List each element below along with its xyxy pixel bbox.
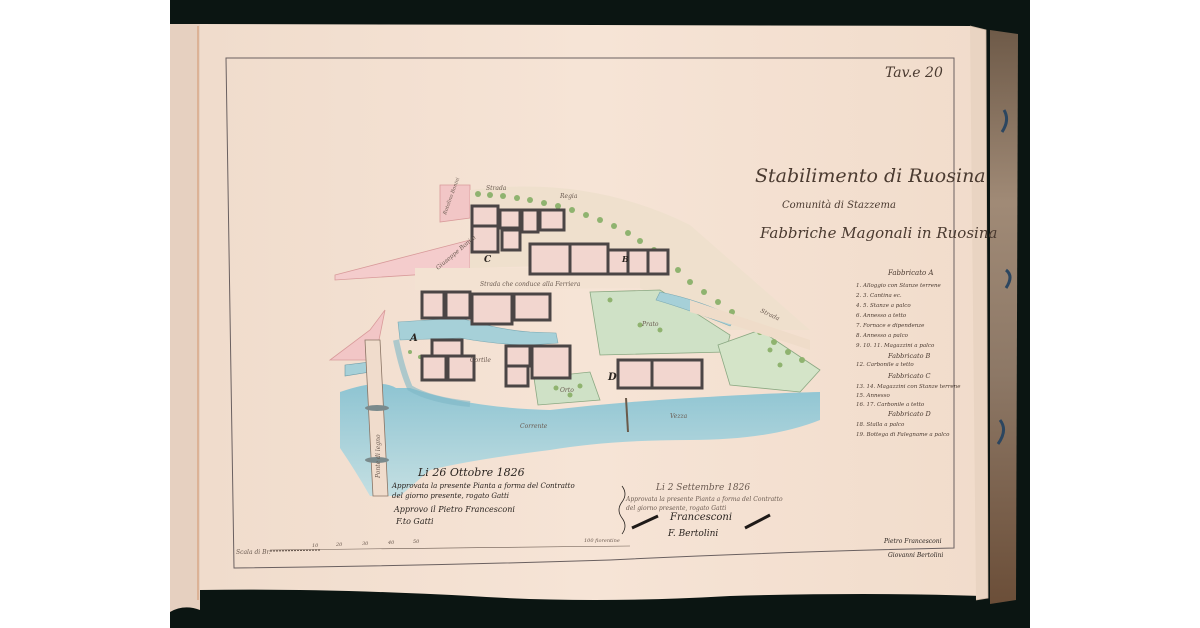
legend-item: 7. Fornace e dipendenze (856, 323, 925, 329)
left-page (170, 24, 200, 612)
legend-item: 8. Annesso a palco (856, 333, 909, 339)
right-page (200, 24, 982, 600)
note-line: Approvata la presente Pianta a forma del… (625, 496, 783, 503)
building-b-block (530, 244, 668, 274)
legend-item: 16. 17. Carbonile a tetto (856, 402, 925, 408)
letter-a: A (409, 333, 418, 344)
scale-tick: 50 (413, 539, 420, 545)
legend-item: 6. Annesso a tetto (856, 313, 907, 319)
legend-item: 19. Bottega di Falegname a palco (856, 432, 950, 438)
scale-tick: 10 (312, 543, 319, 549)
scale-tick: 40 (387, 540, 395, 546)
legend-section-c: Fabbricato C (887, 372, 931, 380)
signature: F.to Gatti (395, 517, 434, 526)
label-strada: Strada (486, 185, 507, 192)
legend-item: 15. Annesso (856, 393, 890, 399)
book-photograph: Tav.e 20 Stabilimento di Ruosina Comunit… (170, 0, 1030, 628)
label-vezza: Vezza (670, 413, 688, 420)
book-cover-edge (990, 30, 1018, 604)
signature: Francesconi (669, 512, 732, 523)
signature: Pietro Francesconi (883, 538, 942, 545)
legend-item: 2. 3. Cantina ec. (855, 293, 902, 299)
scale-end-label: 100 fiorentine (584, 538, 620, 544)
label-cortile: Cortile (470, 357, 491, 364)
plate-number: Tav.e 20 (885, 65, 943, 81)
label-street: Strada che conduce alla Ferriera (480, 281, 581, 288)
note-line: Approvata la presente Pianta a forma del… (391, 482, 575, 490)
label-corrente: Corrente (520, 423, 548, 430)
legend-item: 4. 5. Stanze a palco (855, 303, 911, 309)
note-line: del giorno presente, rogato Gatti (392, 492, 509, 500)
map-plate: Tav.e 20 Stabilimento di Ruosina Comunit… (170, 0, 1030, 628)
label-orto: Orto (560, 387, 574, 394)
note-date: Li 2 Settembre 1826 (655, 483, 750, 493)
note-line: del giorno presente, rogato Gatti (626, 505, 726, 512)
scale-tick: 20 (335, 542, 343, 548)
legend-item: 18. Stalla a palco (856, 422, 905, 428)
plate-subtitle: Comunità di Stazzema (782, 200, 896, 211)
note-date: Li 26 Ottobre 1826 (417, 466, 525, 479)
legend-item: 9. 10. 11. Magazzini a palco (856, 343, 935, 349)
letter-d: D (607, 372, 617, 383)
scale-label: Scala di Br. (236, 549, 271, 556)
label-regia: Regia (559, 193, 578, 200)
signature: Giovanni Bertolini (888, 552, 943, 559)
legend-section-d: Fabbricato D (887, 410, 932, 418)
label-bridge: Ponte di legno (375, 434, 382, 479)
legend-section-a: Fabbricato A (887, 269, 934, 277)
plate-title: Stabilimento di Ruosina (755, 165, 986, 187)
label-prato: Prato (641, 321, 659, 328)
signature: Approvo il Pietro Francesconi (393, 505, 515, 514)
letter-b: B (621, 254, 629, 264)
letter-c: C (484, 255, 492, 265)
signature: F. Bertolini (667, 529, 718, 539)
legend-item: 1. Alloggio con Stanze terrene (856, 283, 942, 289)
plate-heading: Fabbriche Magonali in Ruosina (759, 224, 997, 242)
legend-item: 13. 14. Magazzini con Stanze terrene (856, 384, 961, 390)
scale-tick: 30 (362, 541, 369, 547)
legend-section-b: Fabbricato B (887, 352, 931, 360)
legend-item: 12. Carbonile a tetto (856, 362, 914, 368)
building-d (618, 360, 702, 388)
